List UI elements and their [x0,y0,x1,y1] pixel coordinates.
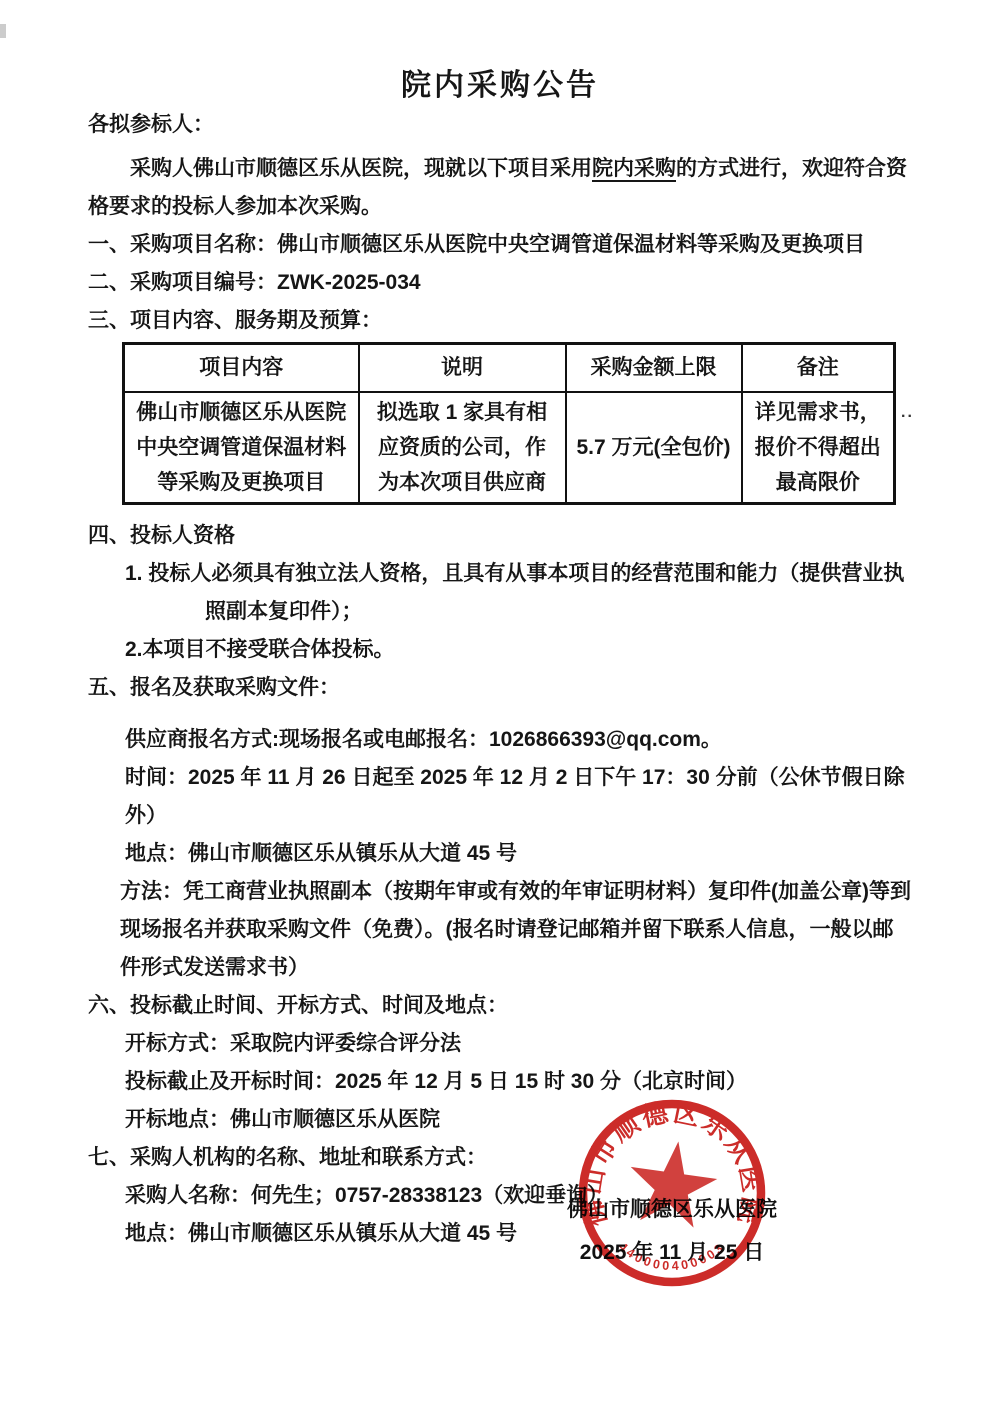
section-3-heading: 三、项目内容、服务期及预算： [88,302,912,340]
project-table-head: 项目内容 说明 采购金额上限 备注 [124,344,895,392]
document: 院内采购公告 各拟参标人： 采购人佛山市顺德区乐从医院，现就以下项目采用院内采购… [0,0,1000,1415]
bid-opening-place-line: 开标地点：佛山市顺德区乐从医院 [125,1101,912,1139]
registration-time-line: 时间：2025 年 11 月 26 日起至 2025 年 12 月 2 日下午 … [125,759,912,835]
registration-details: 供应商报名方式:现场报名或电邮报名：1026866393@qq.com。 时间：… [88,721,912,987]
purchaser-address-line: 地点：佛山市顺德区乐从镇乐从大道 45 号 [125,1215,912,1253]
salutation: 各拟参标人： [88,106,912,144]
section-7-heading: 七、采购人机构的名称、地址和联系方式： [88,1139,912,1177]
page-root: { "document": { "title": "院内采购公告", "salu… [0,0,1000,1415]
stamp-star-icon [624,1135,722,1230]
project-table: 项目内容 说明 采购金额上限 备注 佛山市顺德区乐从医院中央空调管道保温材料等采… [122,342,896,505]
intro-text-before: 采购人佛山市顺德区乐从医院，现就以下项目采用 [130,157,592,180]
table-cell-budget-limit: 5.7 万元(全包价) [566,392,742,504]
intro-underlined-term: 院内采购 [592,157,676,180]
registration-place-line: 地点：佛山市顺德区乐从镇乐从大道 45 号 [125,835,912,873]
section-5-heading: 五、报名及获取采购文件： [88,669,912,707]
table-cell-remark: 详见需求书，报价不得超出最高限价 [742,392,895,504]
table-header-cell: 采购金额上限 [566,344,742,392]
table-cell-description: 拟选取 1 家具有相应资质的公司，作为本次项目供应商 [359,392,566,504]
bid-opening-method-line: 开标方式：采取院内评委综合评分法 [125,1025,912,1063]
qualification-item-2: 2.本项目不接受联合体投标。 [125,631,912,669]
qualification-item-1: 1. 投标人必须具有独立法人资格，且具有从事本项目的经营范围和能力（提供营业执照… [88,555,912,631]
scan-dots-artifact: .. [901,404,914,422]
intro-paragraph: 采购人佛山市顺德区乐从医院，现就以下项目采用院内采购的方式进行，欢迎符合资格要求… [88,150,912,226]
section-4-heading: 四、投标人资格 [88,517,912,555]
bid-deadline-line: 投标截止及开标时间：2025 年 12 月 5 日 15 时 30 分（北京时间… [125,1063,912,1101]
section-2-heading: 二、采购项目编号：ZWK-2025-034 [88,264,912,302]
project-table-body: 佛山市顺德区乐从医院中央空调管道保温材料等采购及更换项目 拟选取 1 家具有相应… [124,392,895,504]
section-1-heading: 一、采购项目名称：佛山市顺德区乐从医院中央空调管道保温材料等采购及更换项目 [88,226,912,264]
table-header-cell: 备注 [742,344,895,392]
official-seal-stamp: 佛山市顺德区乐从医院 440000400003 [562,1083,782,1303]
scan-edge-artifact [0,24,6,38]
table-row: 佛山市顺德区乐从医院中央空调管道保温材料等采购及更换项目 拟选取 1 家具有相应… [124,392,895,504]
table-header-cell: 项目内容 [124,344,359,392]
registration-procedure-line: 方法：凭工商营业执照副本（按期年审或有效的年审证明材料）复印件(加盖公章)等到现… [120,873,912,987]
purchaser-name-line: 采购人名称：何先生；0757-28338123（欢迎垂询） [125,1177,912,1215]
registration-method-line: 供应商报名方式:现场报名或电邮报名：1026866393@qq.com。 [125,721,912,759]
section-6-heading: 六、投标截止时间、开标方式、时间及地点： [88,987,912,1025]
table-header-row: 项目内容 说明 采购金额上限 备注 [124,344,895,392]
table-cell-project-content: 佛山市顺德区乐从医院中央空调管道保温材料等采购及更换项目 [124,392,359,504]
table-header-cell: 说明 [359,344,566,392]
page-title: 院内采购公告 [88,68,912,104]
